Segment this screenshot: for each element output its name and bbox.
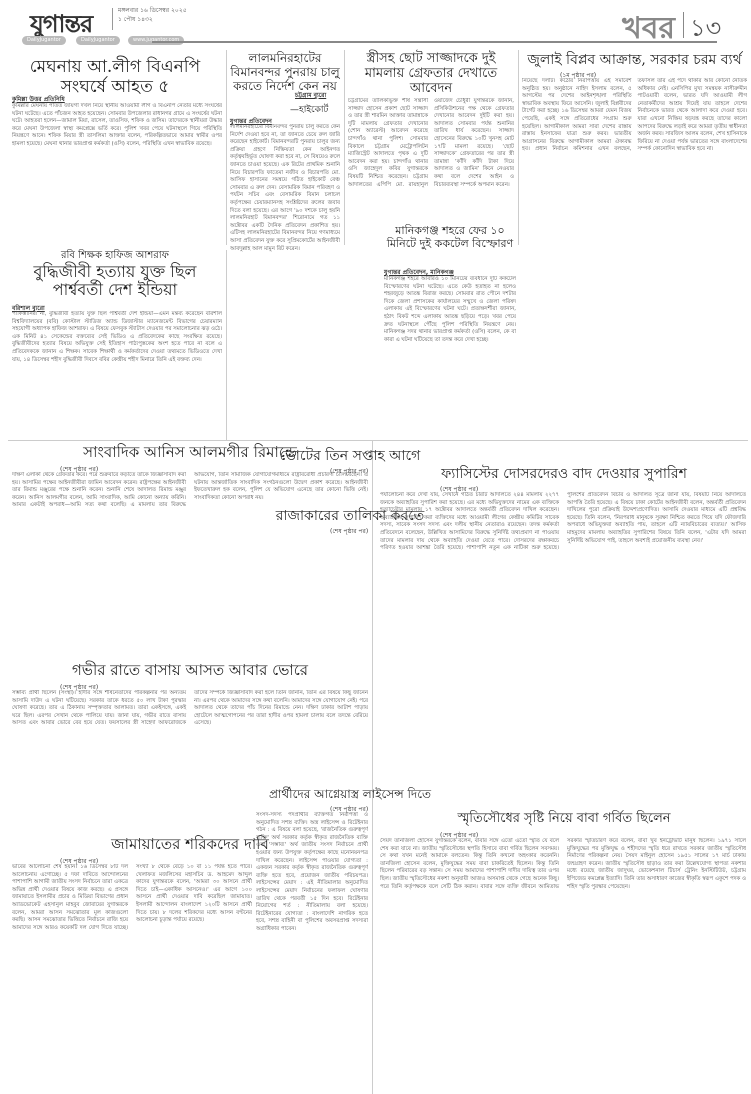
section-title: খবর — [622, 4, 675, 55]
continued-note: (শেষ পৃষ্ঠার পর) — [330, 526, 368, 537]
section-divider — [683, 12, 684, 38]
byline-sajjad: চট্টগ্রাম ব্যুরো — [295, 90, 326, 101]
column-divider — [226, 250, 227, 440]
body-fascist: পর্যালোচনা করে দেখা যায়, সেখানে গঠিত চা… — [380, 492, 746, 810]
masthead-rule — [152, 41, 717, 43]
body-lalmonirhat: লালমনিরহাটের বিমানবন্দর পুনরায় চালু করত… — [230, 124, 340, 442]
headline-sajjad[interactable]: স্ত্রীসহ ছোট সাজ্জাদকে দুই মামলায় গ্রেফ… — [348, 52, 514, 97]
headline-license[interactable]: প্রার্থীদের আগ্নেয়াস্ত্র লাইসেন্স দিতে — [250, 788, 450, 802]
masthead-date: মঙ্গলবার ১৬ ডিসেম্বর ২০২৫ ১ পৌষ ১৪৩২ — [118, 6, 187, 24]
column-divider — [518, 50, 519, 245]
date-gregorian: মঙ্গলবার ১৬ ডিসেম্বর ২০২৫ — [118, 6, 187, 15]
date-bengali: ১ পৌষ ১৪৩২ — [118, 15, 187, 24]
headline-fascist[interactable]: ফ্যাসিস্টের দোসরদেরও বাদ দেওয়ার সুপারিশ — [380, 466, 748, 482]
continued-note: (শেষ পৃষ্ঠার পর) — [330, 466, 368, 477]
twitter-link[interactable]: DailyJugantor — [22, 36, 66, 45]
page-number: ১৩ — [690, 10, 721, 50]
body-manikganj: মানিকগঞ্জ শহরে আবারও ১০ মিনিটের ব্যবধানে… — [384, 276, 516, 436]
body-hafiz: পাকিস্তানিরা না, বুদ্ধিজীবী হত্যায় যুক্… — [12, 311, 222, 439]
column-divider — [372, 440, 373, 1094]
body-gobhir: সম্ভাব্য প্রার্থী ছিলেন (সংস্থা)। হাদীর … — [12, 690, 368, 830]
column-divider — [344, 50, 345, 245]
body-meghna: কুমিল্লার মেঘনায় পতিত জায়গা দখল নিয়ে … — [12, 103, 222, 243]
kicker-hafiz: রবি শিক্ষক হাফিজ আশরাফ — [10, 250, 220, 262]
body-smriti: সৈয়দ তানজিলা হোসেন যুগান্তরকে বলেন, বাব… — [380, 838, 746, 1090]
headline-lalmonirhat[interactable]: লালমনিরহাটের বিমানবন্দর পুনরায় চালু করত… — [230, 52, 340, 93]
headline-vote[interactable]: ভোটের তিন সপ্তাহ আগে — [250, 448, 450, 464]
headline-suffix: —হাইকোর্ট — [290, 102, 328, 117]
column-divider — [226, 50, 227, 245]
headline-manikganj[interactable]: মানিকগঞ্জ শহরে ফের ১০ মিনিটে দুই ককটেল ব… — [382, 225, 518, 250]
section-rule — [8, 440, 748, 441]
body-anis: দক্ষিণ এলাকা থেকে গ্রেফতার করে। পরে শুক্… — [12, 472, 368, 632]
masthead-divider — [112, 8, 113, 30]
body-license: সংসদ-সদস্য পদপ্রার্থীর ব্যক্তিগত নিরাপত্… — [256, 812, 368, 1090]
body-jamaat: ভাবের আলোচনা শেষ হয়নি। ১৬ ডিসেম্বর ৮টি … — [12, 864, 252, 1090]
headline-meghna[interactable]: মেঘনায় আ.লীগ বিএনপি সংঘর্ষে আহত ৫ — [10, 58, 220, 97]
facebook-link[interactable]: DailyJugantor — [76, 36, 120, 45]
headline-hafiz[interactable]: বুদ্ধিজীবী হত্যায় যুক্ত ছিল পার্শ্ববর্ত… — [10, 263, 220, 300]
headline-smriti[interactable]: স্মৃতিসৌধের সৃষ্টি নিয়ে বাবা গর্বিত ছিল… — [380, 812, 748, 827]
headline-gobhir[interactable]: গভীর রাতে বাসায় আসত আবার ভোরে — [10, 662, 370, 679]
headline-july[interactable]: জুলাই বিপ্লব আক্রান্ত, সরকার চরম ব্যর্থ — [522, 52, 747, 68]
body-july: নিয়েছে দলটি। কঠোর নিরাপত্তায় এই সমাবেশ… — [522, 78, 747, 440]
